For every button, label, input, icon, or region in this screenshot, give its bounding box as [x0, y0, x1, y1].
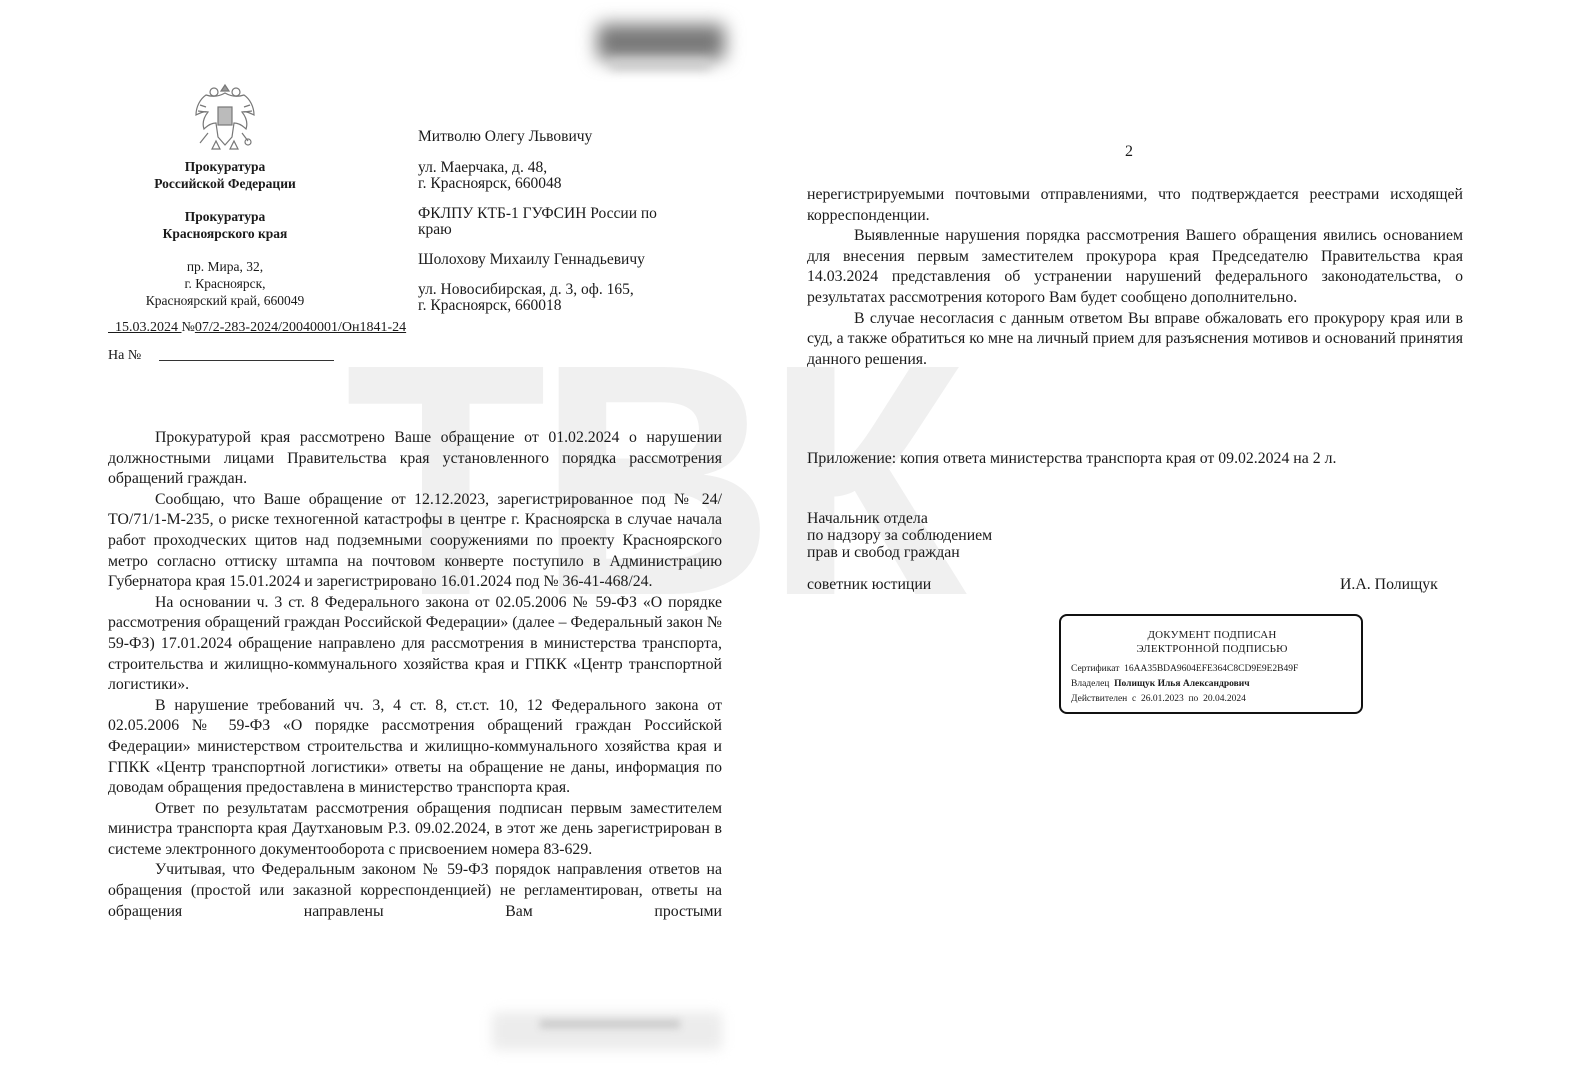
validity-row: Действителен с 26.01.2023 по 20.04.2024	[1071, 692, 1353, 707]
owner-row: Владелец Полищук Илья Александрович	[1071, 677, 1353, 692]
signatory-rank: советник юстиции	[807, 576, 931, 594]
paragraph: На основании ч. 3 ст. 8 Федерального зак…	[108, 593, 722, 696]
recipient-institution: ФКЛПУ КТБ-1 ГУФСИН России по краю	[418, 206, 657, 238]
redacted-footer-text	[540, 1020, 680, 1028]
paragraph: В нарушение требований чч. 3, 4 ст. 8, с…	[108, 696, 722, 799]
paragraph: Учитывая, что Федеральным законом № 59-Ф…	[108, 860, 722, 922]
reply-number-blank	[159, 360, 334, 361]
org-address: пр. Мира, 32, г. Красноярск, Красноярски…	[110, 258, 340, 309]
paragraph: Сообщаю, что Ваше обращение от 12.12.202…	[108, 490, 722, 593]
redacted-barcode	[597, 24, 725, 60]
paragraph: Выявленные нарушения порядка рассмотрени…	[807, 226, 1463, 308]
recipient-name-1: Митволю Олегу Львовичу	[418, 129, 592, 145]
paragraph: В случае несогласия с данным ответом Вы …	[807, 309, 1463, 371]
suborg-name: Прокуратура Красноярского края	[110, 208, 340, 242]
document-number: 07/2-283-2024/20040001/Он1841-24	[195, 320, 406, 335]
recipient-address-1: ул. Маерчака, д. 48, г. Красноярск, 6600…	[418, 160, 562, 192]
signatory-title: Начальник отдела по надзору за соблюдени…	[807, 510, 992, 561]
paragraph: Ответ по результатам рассмотрения обраще…	[108, 799, 722, 861]
document-date: 15.03.2024	[108, 320, 182, 335]
redacted-footer	[492, 1012, 722, 1050]
certificate-row: Сертификат 16AA35BDA9604EFE364C8CD9E9E2B…	[1071, 662, 1353, 677]
letter-body-page2: нерегистрируемыми почтовыми отправлениям…	[807, 185, 1463, 370]
recipient-name-2: Шолохову Михаилу Геннадьевичу	[418, 252, 645, 268]
org-name: Прокуратура Российской Федерации	[110, 158, 340, 192]
letter-body-page1: Прокуратурой края рассмотрено Ваше обращ…	[108, 428, 722, 922]
electronic-signature-stamp: ДОКУМЕНТ ПОДПИСАН ЭЛЕКТРОННОЙ ПОДПИСЬЮ С…	[1059, 614, 1363, 714]
attachment-note: Приложение: копия ответа министерства тр…	[807, 450, 1336, 468]
reply-to-line: На №	[108, 348, 334, 364]
paragraph-continuation: нерегистрируемыми почтовыми отправлениям…	[807, 185, 1463, 226]
recipient-address-2: ул. Новосибирская, д. 3, оф. 165, г. Кра…	[418, 282, 634, 314]
registration-line: 15.03.2024 №07/2-283-2024/20040001/Он184…	[108, 320, 406, 336]
signatory-name: И.А. Полищук	[1340, 576, 1438, 594]
paragraph: Прокуратурой края рассмотрено Ваше обращ…	[108, 428, 722, 490]
coat-of-arms-emblem-icon	[190, 75, 260, 155]
redacted-barcode-caption	[610, 60, 710, 70]
page-number: 2	[1125, 143, 1133, 161]
